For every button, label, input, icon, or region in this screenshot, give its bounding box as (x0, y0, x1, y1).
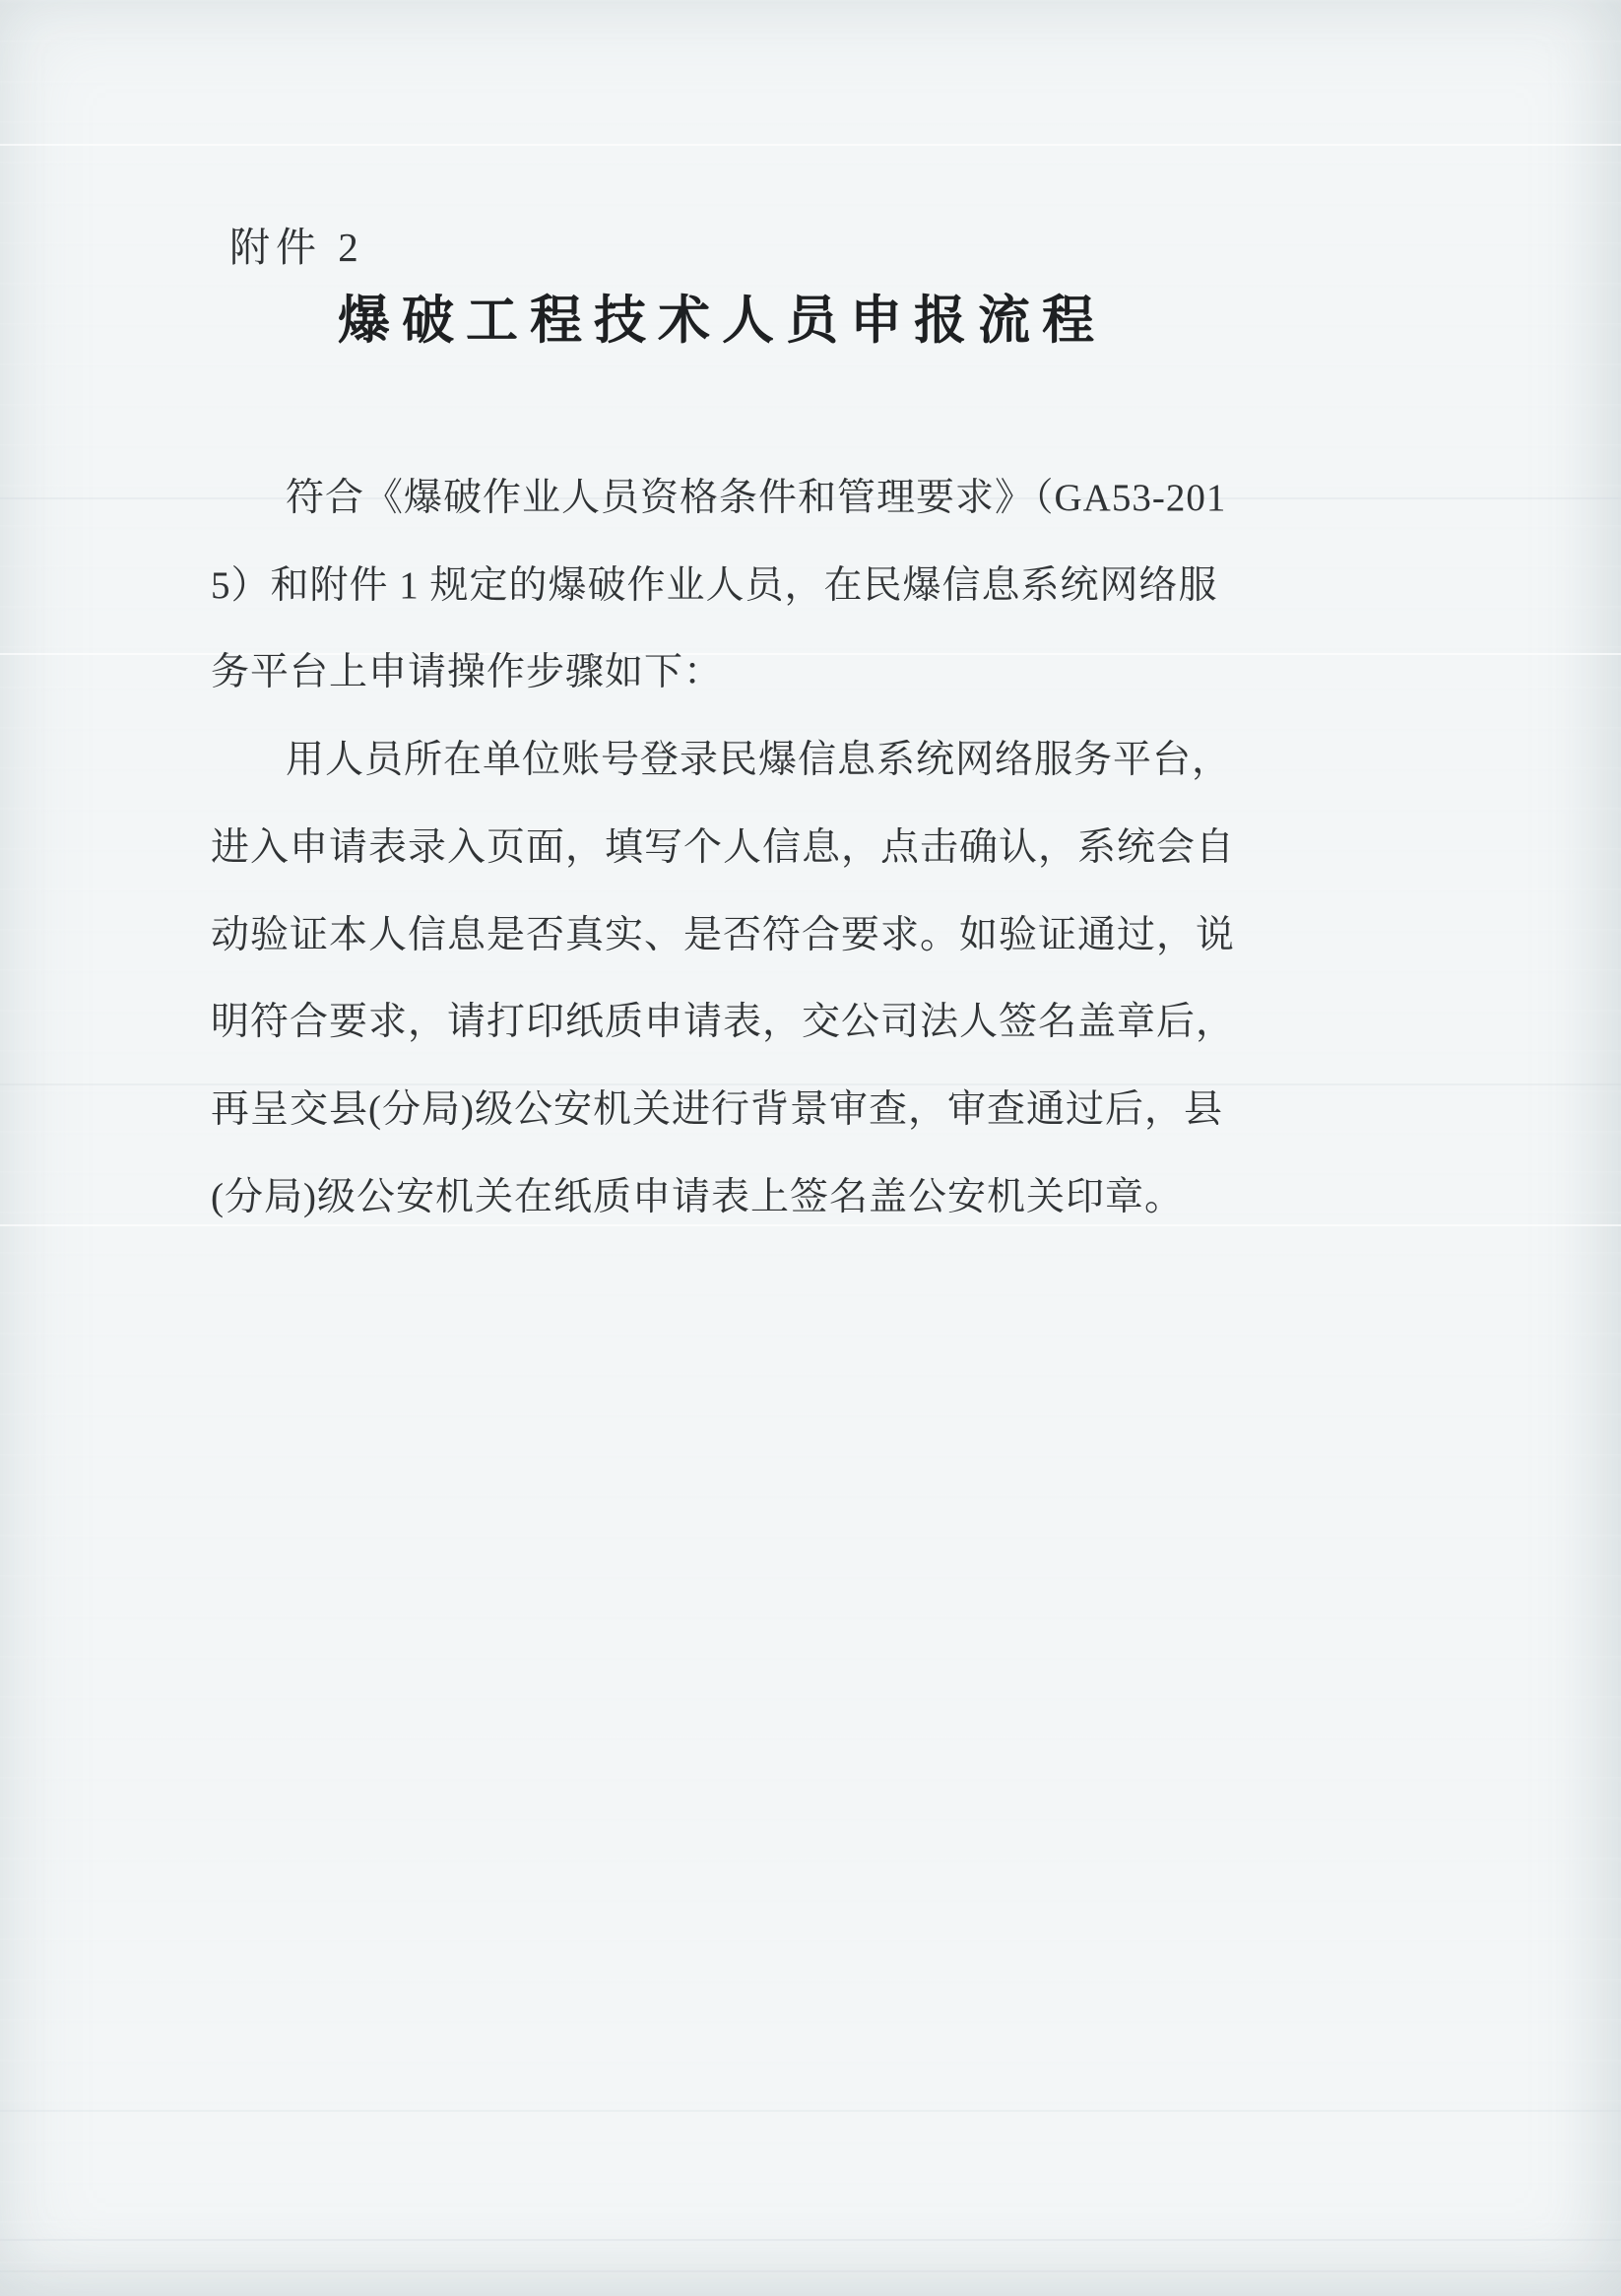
page-title: 爆破工程技术人员申报流程 (338, 279, 1106, 354)
body-text: 符合《爆破作业人员资格条件和管理要求》（GA53-2015）和附件 1 规定的爆… (211, 455, 1432, 1241)
body-line: 进入申请表录入页面，填写个人信息，点击确认，系统会自 (211, 805, 1432, 892)
scan-streak (0, 144, 1621, 146)
scan-streak (0, 2270, 1621, 2272)
attachment-label: 附件 2 (229, 215, 364, 273)
body-line: 明符合要求，请打印纸质申请表，交公司法人签名盖章后， (211, 979, 1432, 1067)
body-line: 用人员所在单位账号登录民爆信息系统网络服务平台， (211, 717, 1432, 805)
body-line: 再呈交县(分局)级公安机关进行背景审查，审查通过后，县 (211, 1067, 1432, 1154)
body-line: 动验证本人信息是否真实、是否符合要求。如验证通过，说 (211, 892, 1432, 980)
body-line: 务平台上申请操作步骤如下： (211, 629, 1432, 717)
body-line: (分局)级公安机关在纸质申请表上签名盖公安机关印章。 (211, 1154, 1432, 1242)
body-line: 5）和附件 1 规定的爆破作业人员，在民爆信息系统网络服 (211, 543, 1432, 630)
scan-streak (0, 2239, 1621, 2241)
scanned-page: 附件 2 爆破工程技术人员申报流程 符合《爆破作业人员资格条件和管理要求》（GA… (0, 0, 1621, 2296)
body-line: 符合《爆破作业人员资格条件和管理要求》（GA53-201 (211, 455, 1432, 543)
scan-streak (0, 2110, 1621, 2112)
